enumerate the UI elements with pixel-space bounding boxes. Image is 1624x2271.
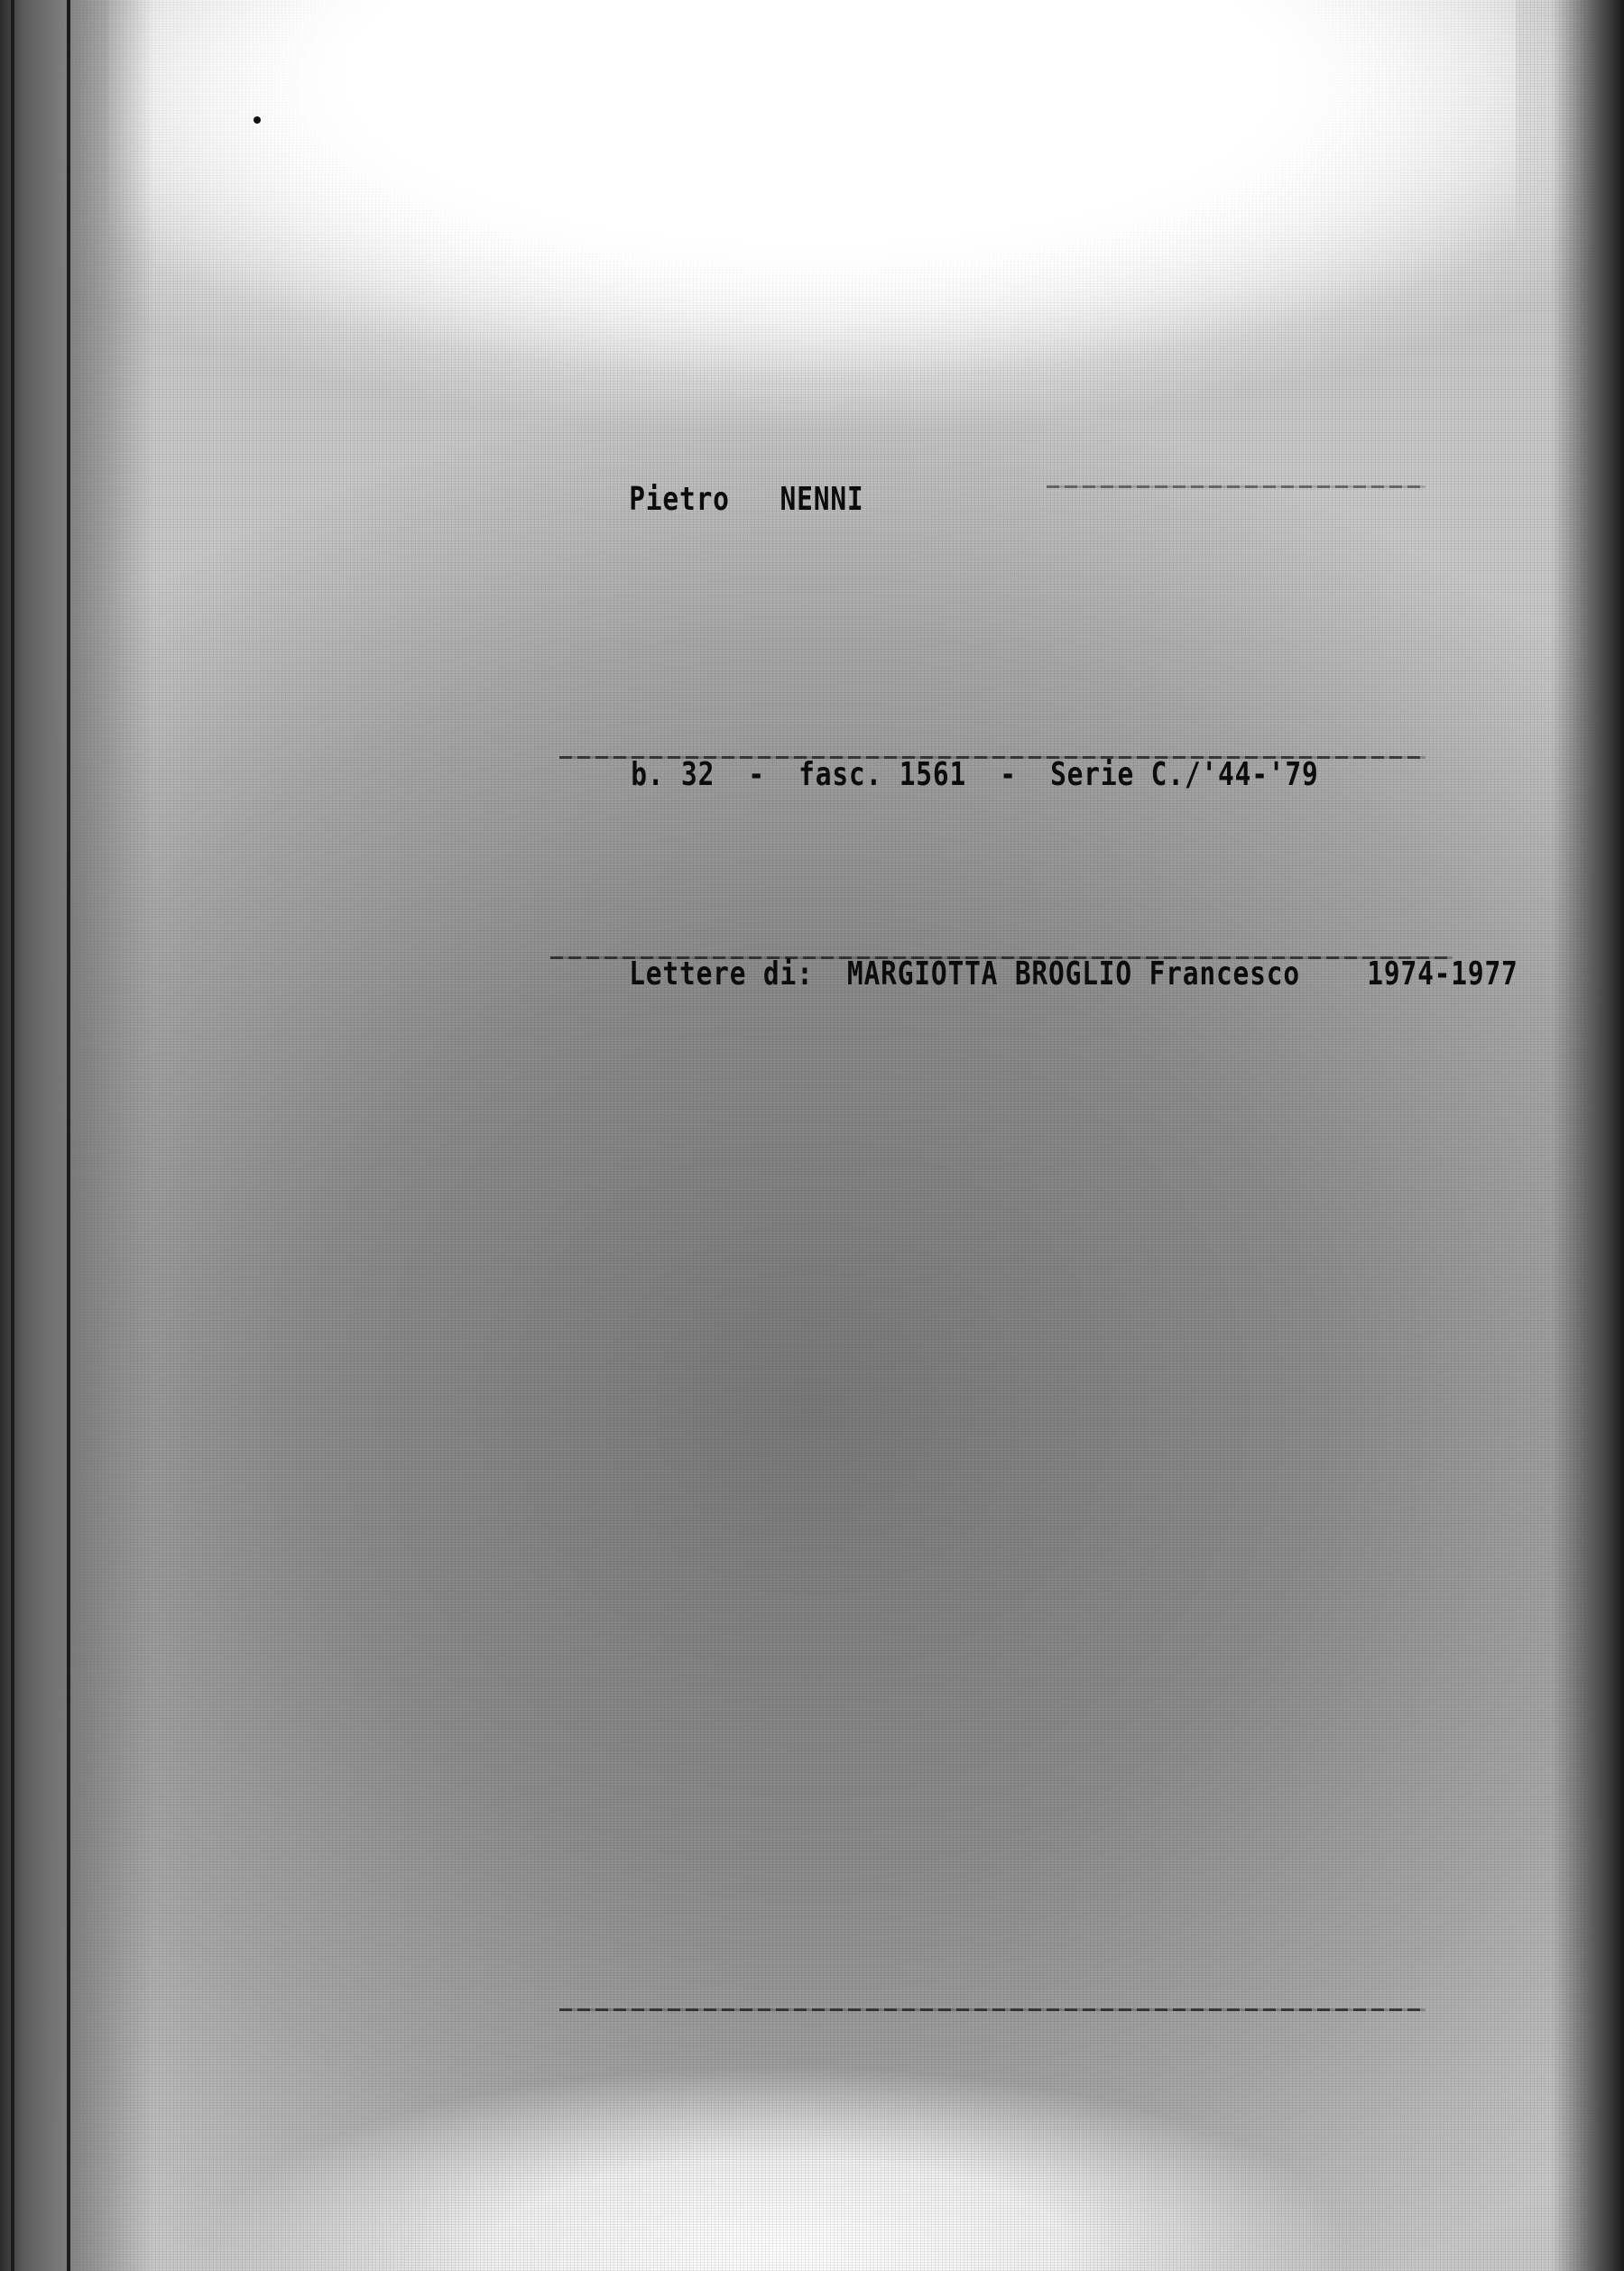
author-first-name: Pietro bbox=[629, 481, 730, 518]
fascicolo-number: fasc. 1561 bbox=[798, 756, 966, 793]
date-range: 1974-1977 bbox=[1367, 955, 1518, 992]
correspondent-name: MARGIOTTA BROGLIO Francesco bbox=[847, 955, 1300, 992]
author-underline bbox=[1047, 485, 1426, 488]
ink-speck bbox=[254, 116, 261, 124]
busta-number: b. 32 bbox=[631, 756, 715, 793]
author-line: Pietro NENNI bbox=[595, 444, 864, 518]
separator: - bbox=[748, 756, 765, 793]
folder-right-edge bbox=[1552, 0, 1624, 2271]
bottom-rule bbox=[559, 2008, 1426, 2011]
serie-label: Serie C./'44-'79 bbox=[1050, 756, 1318, 793]
author-last-name: NENNI bbox=[780, 481, 864, 518]
folder-spine-edge bbox=[0, 0, 153, 2271]
title-line: Lettere di: MARGIOTTA BROGLIO Francesco … bbox=[595, 919, 1518, 992]
paper-highlight bbox=[108, 0, 1516, 379]
separator: - bbox=[1000, 756, 1017, 793]
reference-underline bbox=[559, 756, 1426, 759]
title-underline bbox=[550, 956, 1453, 959]
letters-prefix: Lettere di: bbox=[629, 955, 814, 992]
